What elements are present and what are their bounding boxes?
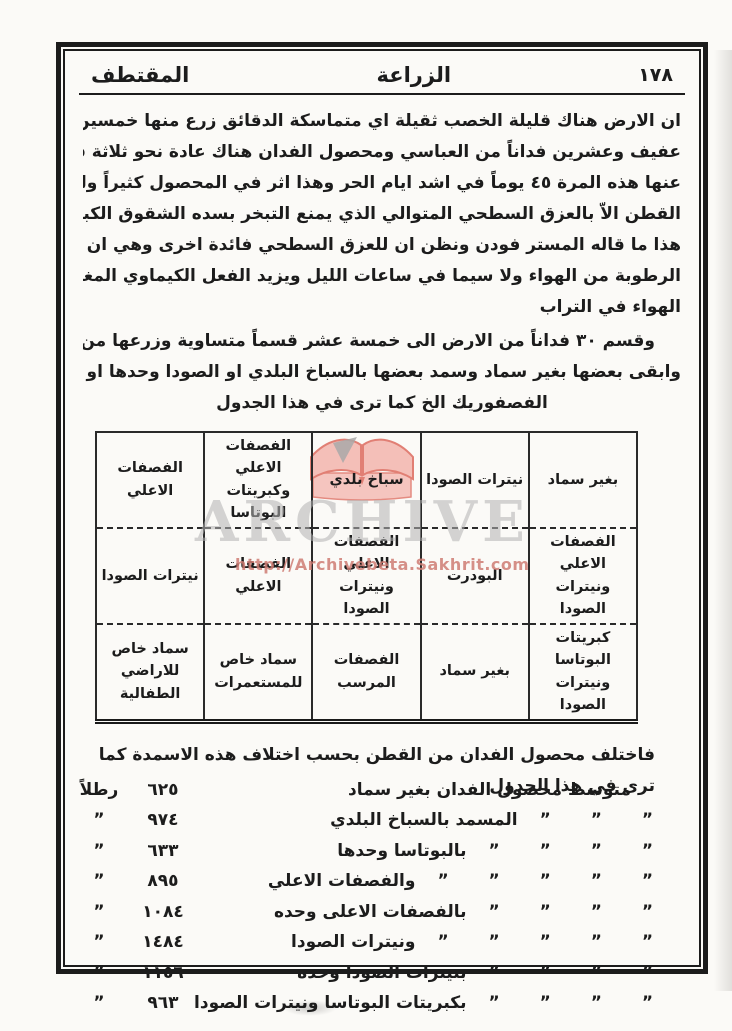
table-row: بغير سماد نيترات الصودا سباخ بلدي الفصفا… [96, 432, 637, 528]
table-row: الفصفات الاعلي ونيترات الصودا البودرت ال… [96, 528, 637, 624]
table-cell: الفصفات الاعلي وكبريتات البوتاسا [204, 432, 312, 528]
yield-row: ” ” ” ”بكبريتات البوتاسا ونيترات الصودا … [77, 988, 687, 1019]
fertilizer-table: بغير سماد نيترات الصودا سباخ بلدي الفصفا… [95, 431, 638, 724]
body-line: وقسم ٣٠ فداناً من الارض الى خمسة عشر قسم… [83, 326, 681, 357]
section-title: الزراعة [377, 63, 452, 87]
table-cell: الفصفات الاعلي [96, 432, 204, 528]
table-cell: سماد خاص للاراضي الطفالية [96, 624, 204, 721]
yield-value: ١٠٨٤ [117, 897, 209, 928]
body-line: وابقى بعضها بغير سماد وسمد بعضها بالسباخ… [83, 357, 681, 388]
table-cell: الفصفات المرسب [312, 624, 420, 721]
yield-unit: ” [75, 927, 123, 958]
table-row: كبريتات البوتاسا ونيترات الصودا بغير سما… [96, 624, 637, 721]
yield-list: متوسط محصول الفدان بغير سماد ٦٢٥ رطلاً ”… [77, 775, 687, 1019]
yield-label: ونيترات الصودا [291, 932, 415, 952]
body-line: الهواء في التراب [83, 292, 681, 323]
yield-row: ” ” ” ”بالبوتاسا وحدها ٦٣٣ ” [77, 836, 687, 867]
yield-unit: ” [75, 988, 123, 1019]
body-line: ان الارض هناك قليلة الخصب ثقيلة اي متماس… [83, 106, 681, 137]
yield-value: ٦٣٣ [117, 836, 209, 867]
ditto-marks: ” ” ” [540, 810, 653, 830]
yield-unit: ” [75, 897, 123, 928]
yield-unit: ” [75, 866, 123, 897]
page-number: ١٧٨ [638, 64, 673, 86]
yield-row: ” ” ”المسمد بالسباخ البلدي ٩٧٤ ” [77, 805, 687, 836]
yield-value: ٩٦٣ [117, 988, 209, 1019]
yield-label: بالفصفات الاعلى وحده [274, 902, 467, 922]
table-cell: الفصفات الاعلي ونيترات الصودا [529, 528, 637, 624]
scan-edge-shadow [714, 50, 732, 991]
ditto-marks: ” ” ” ” [489, 902, 653, 922]
yield-row: ” ” ” ” ”ونيترات الصودا ١٤٨٤ ” [77, 927, 687, 958]
table-cell: سماد خاص للمستعمرات [204, 624, 312, 721]
table-cell: نيترات الصودا [421, 432, 529, 528]
ditto-marks: ” ” ” ” ” [437, 871, 653, 891]
yield-row: ” ” ” ” ”والفصفات الاعلي ٨٩٥ ” [77, 866, 687, 897]
body-line: الفصفوريك الخ كما ترى في هذا الجدول [83, 388, 681, 419]
yield-value: ١٤٨٤ [117, 927, 209, 958]
table-cell: سباخ بلدي [312, 432, 420, 528]
yield-label: المسمد بالسباخ البلدي [330, 810, 517, 830]
ditto-marks: ” ” ” ” ” [437, 932, 653, 952]
yield-row: ” ” ” ”بالفصفات الاعلى وحده ١٠٨٤ ” [77, 897, 687, 928]
yield-row: متوسط محصول الفدان بغير سماد ٦٢٥ رطلاً [77, 775, 687, 806]
yield-label: بالبوتاسا وحدها [337, 841, 466, 861]
magazine-title: المقتطف [91, 63, 189, 87]
table-cell: بغير سماد [529, 432, 637, 528]
table-cell: نيترات الصودا [96, 528, 204, 624]
fertilizer-table-wrap: ARCHIVE http://Archivebeta.Sakhrit.com ب… [95, 431, 638, 724]
body-line: القطن الاّ بالعزق السطحي المتوالي الذي ي… [83, 199, 681, 230]
yield-label: متوسط محصول الفدان بغير سماد [348, 780, 631, 800]
scanned-page: { "header": { "page_number": "١٧٨", "sec… [0, 0, 732, 1031]
yield-unit: ” [75, 958, 123, 989]
table-cell: كبريتات البوتاسا ونيترات الصودا [529, 624, 637, 721]
paragraph-2: وقسم ٣٠ فداناً من الارض الى خمسة عشر قسم… [77, 326, 687, 419]
table-cell: البودرت [421, 528, 529, 624]
body-line: عنها هذه المرة ٤٥ يوماً في اشد ايام الحر… [83, 168, 681, 199]
body-line: عفيف وعشرين فداناً من العباسي ومحصول الف… [83, 137, 681, 168]
yield-value: ٨٩٥ [117, 866, 209, 897]
yield-value: ٩٧٤ [117, 805, 209, 836]
yield-value: ١١٥٦ [117, 958, 209, 989]
yield-label: والفصفات الاعلي [268, 871, 416, 891]
page-header: ١٧٨ الزراعة المقتطف [77, 59, 687, 89]
yield-unit: ” [75, 805, 123, 836]
body-line: هذا ما قاله المستر فودن ونظن ان للعزق ال… [83, 230, 681, 261]
ditto-marks: ” ” ” ” [489, 841, 653, 861]
body-line: الرطوبة من الهواء ولا سيما في ساعات اللي… [83, 261, 681, 292]
table-cell: بغير سماد [421, 624, 529, 721]
yield-row: ” ” ” ”بنيترات الصودا وحده ١١٥٦ ” [77, 958, 687, 989]
paragraph-1: ان الارض هناك قليلة الخصب ثقيلة اي متماس… [77, 106, 687, 323]
yield-unit: ” [75, 836, 123, 867]
ditto-marks: ” ” ” ” [489, 963, 653, 983]
header-rule [79, 93, 685, 95]
page-frame-inner: ١٧٨ الزراعة المقتطف ان الارض هناك قليلة … [63, 49, 701, 967]
yield-label: بكبريتات البوتاسا ونيترات الصودا [194, 993, 467, 1013]
table-cell: الفصفات الاعلي ونيترات الصودا [312, 528, 420, 624]
yield-unit: رطلاً [75, 775, 123, 806]
page-frame: ١٧٨ الزراعة المقتطف ان الارض هناك قليلة … [56, 42, 708, 974]
yield-value: ٦٢٥ [117, 775, 209, 806]
ditto-marks: ” ” ” ” [489, 993, 653, 1013]
table-cell: الفصفات الاعلي [204, 528, 312, 624]
post-table-intro: فاختلف محصول الفدان من القطن بحسب اختلاف… [77, 740, 687, 771]
yield-label: بنيترات الصودا وحده [297, 963, 466, 983]
